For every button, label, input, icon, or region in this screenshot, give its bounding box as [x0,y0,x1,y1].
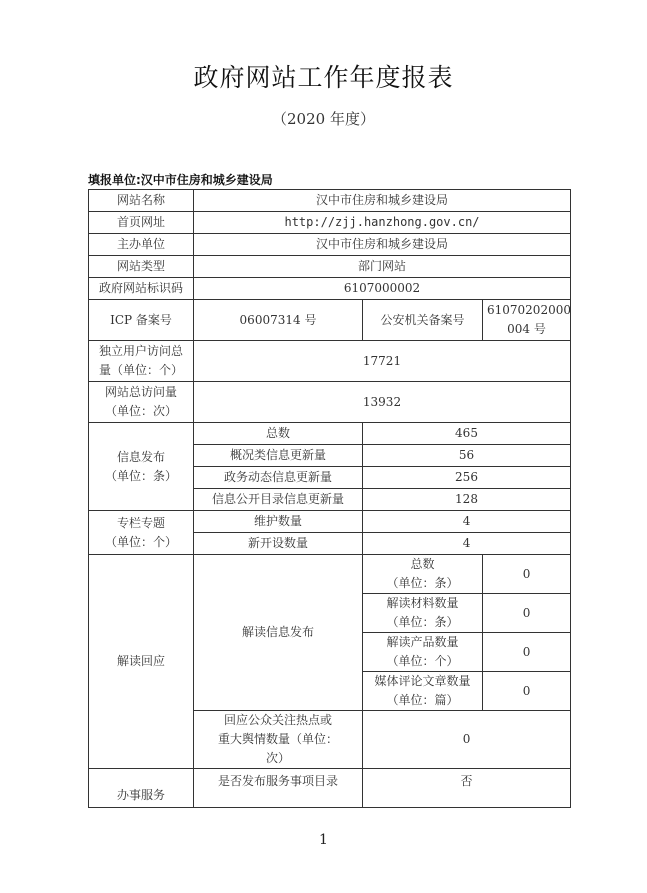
label-site-name: 网站名称 [89,190,194,212]
value-info-news: 256 [363,467,571,489]
label-info-news: 政务动态信息更新量 [194,467,363,489]
label-info-total: 总数 [194,423,363,445]
label-columns-maintained: 维护数量 [194,511,363,533]
value-interp-total: 0 [483,555,571,594]
label-columns: 专栏专题 （单位：个） [89,511,194,555]
value-services-catalog: 否 [363,769,571,808]
value-info-overview: 56 [363,445,571,467]
label-total-visits: 网站总访问量 （单位：次） [89,382,194,423]
label-interp-publish: 解读信息发布 [194,555,363,711]
label-interp-total: 总数 （单位：条） [363,555,483,594]
row-site-id-code: 政府网站标识码 6107000002 [89,278,571,300]
value-interp-response: 0 [363,711,571,769]
value-site-type: 部门网站 [194,256,571,278]
value-info-catalog: 128 [363,489,571,511]
value-columns-maintained: 4 [363,511,571,533]
label-site-type: 网站类型 [89,256,194,278]
label-info-publish: 信息发布 （单位：条） [89,423,194,511]
row-icp: ICP 备案号 06007314 号 公安机关备案号 61070202000 0… [89,300,571,341]
label-info-catalog: 信息公开目录信息更新量 [194,489,363,511]
label-services: 办事服务 [89,769,194,808]
value-interp-materials: 0 [483,594,571,633]
value-icp: 06007314 号 [194,300,363,341]
row-unique-visitors: 独立用户访问总 量（单位：个） 17721 [89,341,571,382]
label-police-record: 公安机关备案号 [363,300,483,341]
value-info-total: 465 [363,423,571,445]
label-homepage-url: 首页网址 [89,212,194,234]
value-unique-visitors: 17721 [194,341,571,382]
value-homepage-url[interactable]: http://zjj.hanzhong.gov.cn/ [194,212,571,234]
value-sponsor: 汉中市住房和城乡建设局 [194,234,571,256]
reporting-unit: 填报单位:汉中市住房和城乡建设局 [88,171,273,188]
value-interp-media: 0 [483,672,571,711]
row-columns-maintained: 专栏专题 （单位：个） 维护数量 4 [89,511,571,533]
label-unique-visitors: 独立用户访问总 量（单位：个） [89,341,194,382]
row-total-visits: 网站总访问量 （单位：次） 13932 [89,382,571,423]
label-columns-new: 新开设数量 [194,533,363,555]
label-interp-media: 媒体评论文章数量 （单位：篇） [363,672,483,711]
value-columns-new: 4 [363,533,571,555]
report-year: （2020 年度） [0,108,647,129]
value-police-record: 61070202000 004 号 [483,300,571,341]
row-site-type: 网站类型 部门网站 [89,256,571,278]
row-homepage-url: 首页网址 http://zjj.hanzhong.gov.cn/ [89,212,571,234]
label-icp: ICP 备案号 [89,300,194,341]
row-interp-total: 解读回应 解读信息发布 总数 （单位：条） 0 [89,555,571,594]
value-total-visits: 13932 [194,382,571,423]
row-sponsor: 主办单位 汉中市住房和城乡建设局 [89,234,571,256]
row-services-catalog: 办事服务 是否发布服务事项目录 否 [89,769,571,808]
label-services-catalog: 是否发布服务事项目录 [194,769,363,808]
value-interp-products: 0 [483,633,571,672]
page-number: 1 [0,832,647,848]
page-title: 政府网站工作年度报表 [0,58,647,94]
row-info-total: 信息发布 （单位：条） 总数 465 [89,423,571,445]
label-sponsor: 主办单位 [89,234,194,256]
label-interp-response: 回应公众关注热点或 重大舆情数量（单位： 次） [194,711,363,769]
label-interpretation: 解读回应 [89,555,194,769]
label-interp-products: 解读产品数量 （单位：个） [363,633,483,672]
label-site-id-code: 政府网站标识码 [89,278,194,300]
label-info-overview: 概况类信息更新量 [194,445,363,467]
value-site-name: 汉中市住房和城乡建设局 [194,190,571,212]
value-site-id-code: 6107000002 [194,278,571,300]
row-site-name: 网站名称 汉中市住房和城乡建设局 [89,190,571,212]
label-interp-materials: 解读材料数量 （单位：条） [363,594,483,633]
report-table: 网站名称 汉中市住房和城乡建设局 首页网址 http://zjj.hanzhon… [88,189,571,808]
